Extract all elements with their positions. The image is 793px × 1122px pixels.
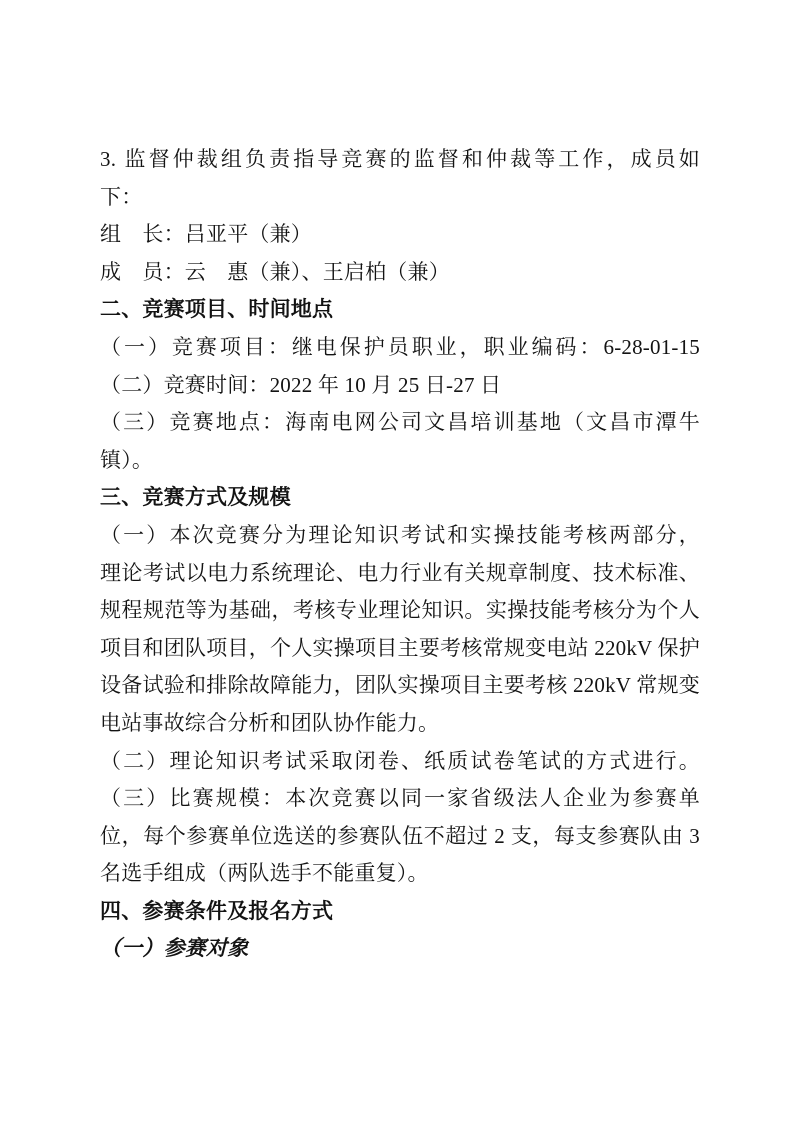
paragraph-format-2: （二）理论知识考试采取闭卷、纸质试卷笔试的方式进行。 [100,743,700,781]
paragraph-scale-3-continued: 名选手组成（两队选手不能重复）。 [100,855,700,893]
document-page: 3. 监督仲裁组负责指导竞赛的监督和仲裁等工作，成员如 下： 组 长：吕亚平（兼… [0,0,793,1122]
line-competition-place: （三）竞赛地点：海南电网公司文昌培训基地（文昌市潭牛 [100,404,700,442]
section-heading-2-project-time-place: 二、竞赛项目、时间地点 [100,291,700,329]
line-group-leader: 组 长：吕亚平（兼） [100,216,700,254]
line-competition-time: （二）竞赛时间：2022 年 10 月 25 日-27 日 [100,367,700,405]
paragraph-supervision-group-continued: 下： [100,179,700,217]
paragraph-format-1-continued: 电站事故综合分析和团队协作能力。 [100,705,700,743]
paragraph-scale-3: （三）比赛规模：本次竞赛以同一家省级法人企业为参赛单 [100,780,700,818]
paragraph-format-1-continued: 设备试验和排除故障能力，团队实操项目主要考核 220kV 常规变 [100,667,700,705]
paragraph-scale-3-continued: 位，每个参赛单位选送的参赛队伍不超过 2 支，每支参赛队由 3 [100,818,700,856]
line-group-members: 成 员：云 惠（兼）、王启柏（兼） [100,254,700,292]
line-competition-place-continued: 镇）。 [100,442,700,480]
paragraph-format-1-continued: 项目和团队项目，个人实操项目主要考核常规变电站 220kV 保护 [100,630,700,668]
section-heading-3-format-scale: 三、竞赛方式及规模 [100,479,700,517]
document-content: 3. 监督仲裁组负责指导竞赛的监督和仲裁等工作，成员如 下： 组 长：吕亚平（兼… [100,141,700,968]
section-heading-4-conditions-registration: 四、参赛条件及报名方式 [100,893,700,931]
paragraph-format-1: （一）本次竞赛分为理论知识考试和实操技能考核两部分， [100,517,700,555]
paragraph-supervision-group: 3. 监督仲裁组负责指导竞赛的监督和仲裁等工作，成员如 [100,141,700,179]
sub-heading-participants: （一）参赛对象 [100,930,700,968]
paragraph-format-1-continued: 规程规范等为基础，考核专业理论知识。实操技能考核分为个人 [100,592,700,630]
paragraph-format-1-continued: 理论考试以电力系统理论、电力行业有关规章制度、技术标准、 [100,555,700,593]
line-competition-project: （一）竞赛项目：继电保护员职业，职业编码：6-28-01-15 [100,329,700,367]
